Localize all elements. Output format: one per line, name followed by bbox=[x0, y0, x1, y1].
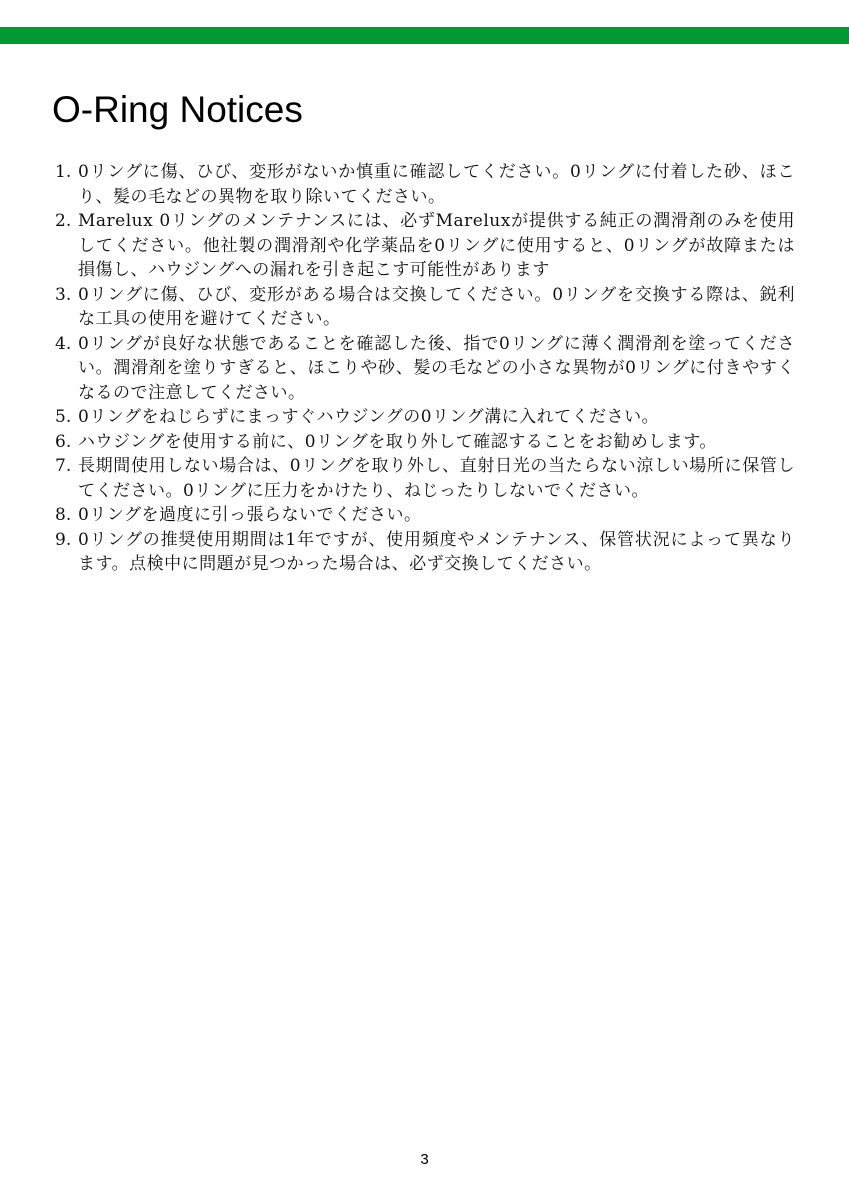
list-item: 9. 0リングの推奨使用期間は1年ですが、使用頻度やメンテナンス、保管状況によっ… bbox=[53, 528, 795, 577]
list-item-text: 0リングに傷、ひび、変形がないか慎重に確認してください。0リングに付着した砂、ほ… bbox=[78, 160, 795, 209]
page-number: 3 bbox=[0, 1151, 849, 1168]
list-item: 8. 0リングを過度に引っ張らないでください。 bbox=[53, 503, 795, 528]
list-item-number: 1. bbox=[55, 160, 78, 185]
list-item: 3. 0リングに傷、ひび、変形がある場合は交換してください。0リングを交換する際… bbox=[53, 283, 795, 332]
page-title: O-Ring Notices bbox=[52, 90, 796, 130]
list-item-text: Marelux 0リングのメンテナンスには、必ずMareluxが提供する純正の潤… bbox=[78, 209, 795, 283]
list-item-number: 8. bbox=[55, 503, 78, 528]
list-item: 1. 0リングに傷、ひび、変形がないか慎重に確認してください。0リングに付着した… bbox=[53, 160, 795, 209]
list-item-number: 4. bbox=[55, 332, 78, 357]
list-item-number: 9. bbox=[55, 528, 78, 553]
list-item-number: 2. bbox=[55, 209, 78, 234]
list-item: 6. ハウジングを使用する前に、0リングを取り外して確認することをお勧めします。 bbox=[53, 430, 795, 455]
list-item-number: 7. bbox=[55, 454, 78, 479]
list-item-text: 0リングの推奨使用期間は1年ですが、使用頻度やメンテナンス、保管状況によって異な… bbox=[78, 528, 795, 577]
list-item-number: 5. bbox=[55, 405, 78, 430]
list-item-number: 6. bbox=[55, 430, 78, 455]
list-item: 4. 0リングが良好な状態であることを確認した後、指で0リングに薄く潤滑剤を塗っ… bbox=[53, 332, 795, 406]
document-page: O-Ring Notices 1. 0リングに傷、ひび、変形がないか慎重に確認し… bbox=[0, 0, 849, 577]
list-item-text: 0リングをねじらずにまっすぐハウジングの0リング溝に入れてください。 bbox=[78, 405, 795, 430]
list-item: 2. Marelux 0リングのメンテナンスには、必ずMareluxが提供する純… bbox=[53, 209, 795, 283]
list-item-number: 3. bbox=[55, 283, 78, 308]
list-item-text: ハウジングを使用する前に、0リングを取り外して確認することをお勧めします。 bbox=[78, 430, 795, 455]
list-item-text: 長期間使用しない場合は、0リングを取り外し、直射日光の当たらない涼しい場所に保管… bbox=[78, 454, 795, 503]
list-item: 5. 0リングをねじらずにまっすぐハウジングの0リング溝に入れてください。 bbox=[53, 405, 795, 430]
notices-list: 1. 0リングに傷、ひび、変形がないか慎重に確認してください。0リングに付着した… bbox=[53, 160, 795, 577]
list-item-text: 0リングに傷、ひび、変形がある場合は交換してください。0リングを交換する際は、鋭… bbox=[78, 283, 795, 332]
list-item-text: 0リングを過度に引っ張らないでください。 bbox=[78, 503, 795, 528]
list-item-text: 0リングが良好な状態であることを確認した後、指で0リングに薄く潤滑剤を塗ってくだ… bbox=[78, 332, 795, 406]
list-item: 7. 長期間使用しない場合は、0リングを取り外し、直射日光の当たらない涼しい場所… bbox=[53, 454, 795, 503]
